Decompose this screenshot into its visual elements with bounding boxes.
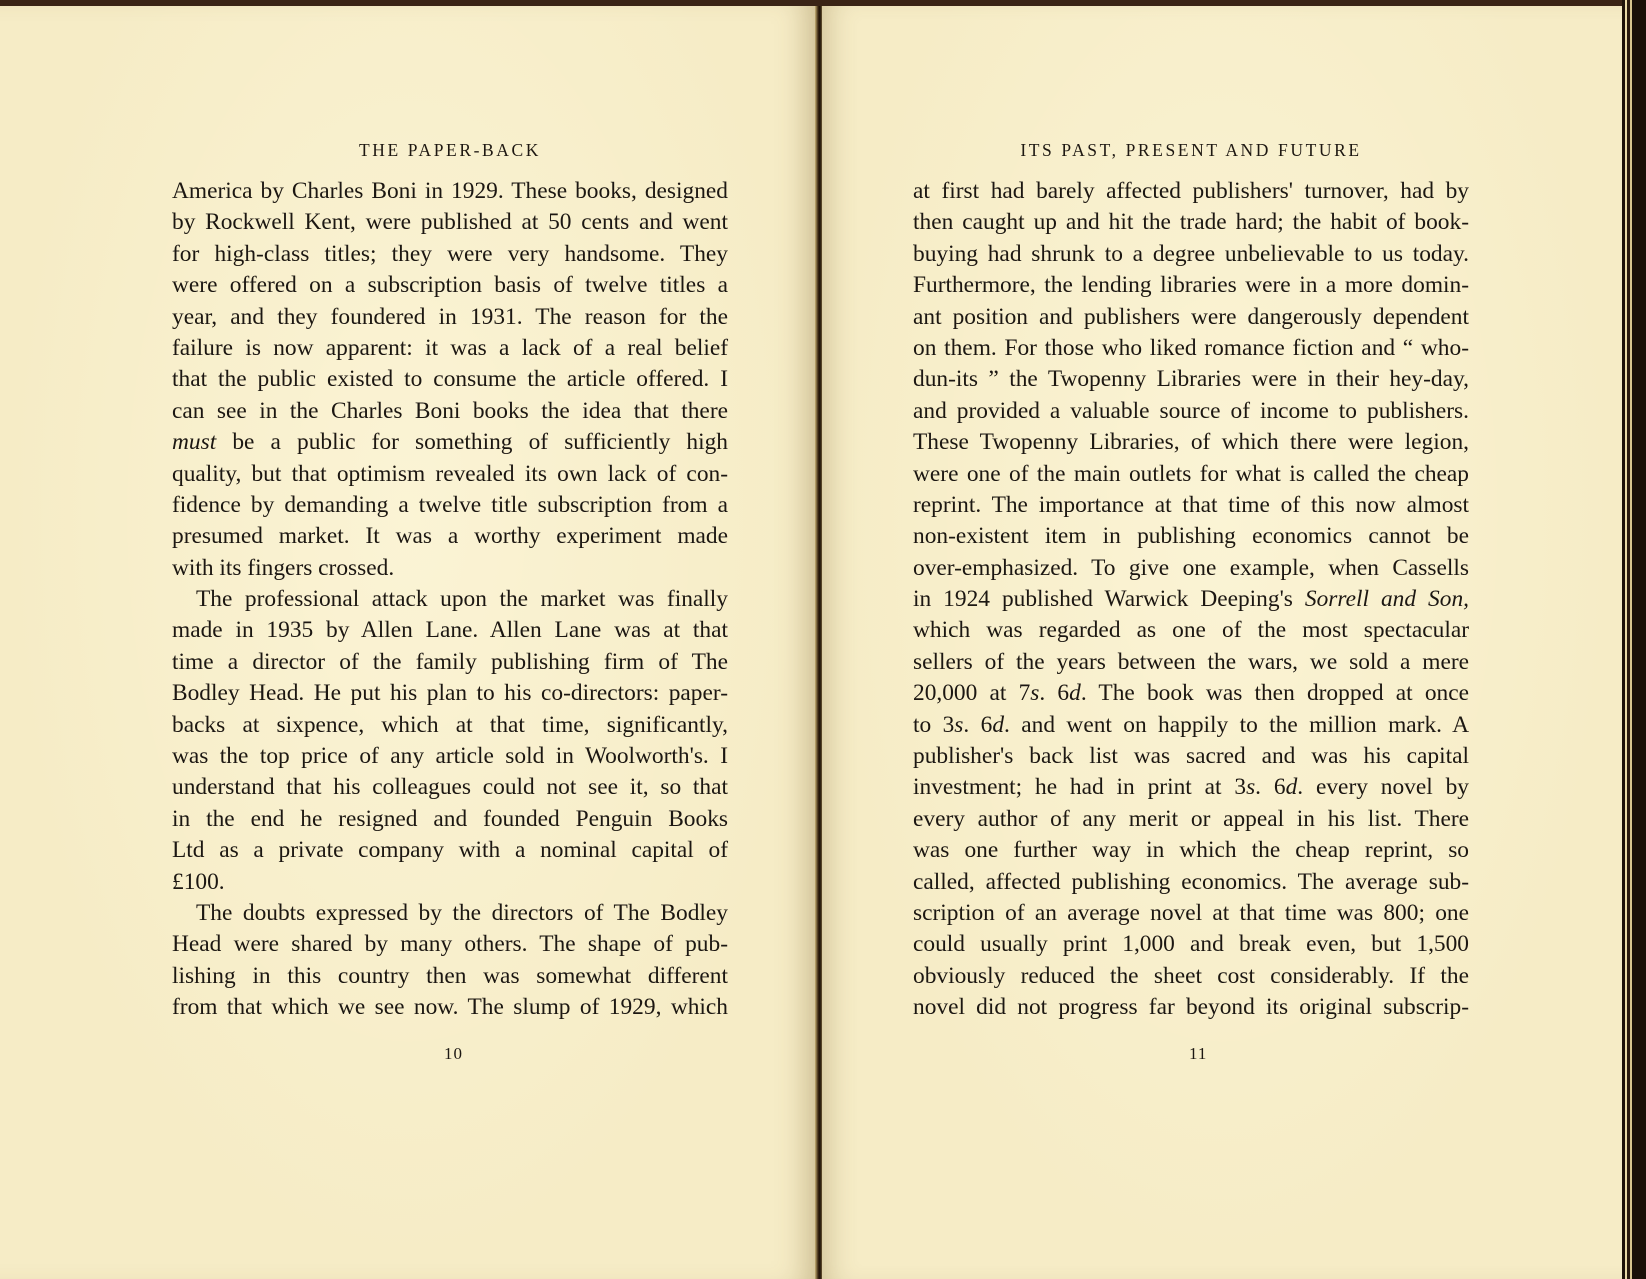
text-line: presumed market. It was a worthy experim…: [172, 521, 728, 552]
text-line: dun-its ” the Twopenny Libraries were in…: [913, 364, 1469, 395]
left-page-body: America by Charles Boni in 1929. These b…: [172, 176, 728, 1024]
page-number-right: 11: [1189, 1044, 1207, 1064]
text-line: called, affected publishing economics. T…: [913, 867, 1469, 898]
text-line: investment; he had in print at 3s. 6d. e…: [913, 772, 1469, 803]
text-line: The professional attack upon the market …: [172, 584, 728, 615]
text-line: that the public existed to consume the a…: [172, 364, 728, 395]
text-line: The doubts expressed by the directors of…: [172, 898, 728, 929]
text-line: 20,000 at 7s. 6d. The book was then drop…: [913, 678, 1469, 709]
right-page: ITS PAST, PRESENT AND FUTURE at first ha…: [822, 6, 1622, 1279]
running-head-right: ITS PAST, PRESENT AND FUTURE: [913, 140, 1469, 161]
text-line: These Twopenny Libraries, of which there…: [913, 427, 1469, 458]
text-line: backs at sixpence, which at that time, s…: [172, 710, 728, 741]
text-line: then caught up and hit the trade hard; t…: [913, 207, 1469, 238]
text-line: could usually print 1,000 and break even…: [913, 929, 1469, 960]
text-line: fidence by demanding a twelve title subs…: [172, 490, 728, 521]
text-line: buying had shrunk to a degree unbelievab…: [913, 239, 1469, 270]
running-head-left: THE PAPER-BACK: [172, 140, 728, 161]
text-line: reprint. The importance at that time of …: [913, 490, 1469, 521]
text-line: Head were shared by many others. The sha…: [172, 929, 728, 960]
text-line: novel did not progress far beyond its or…: [913, 992, 1469, 1023]
text-line: failure is now apparent: it was a lack o…: [172, 333, 728, 364]
text-line: which was regarded as one of the most sp…: [913, 615, 1469, 646]
text-line: on them. For those who liked romance fic…: [913, 333, 1469, 364]
text-line: non-existent item in publishing economic…: [913, 521, 1469, 552]
text-line: obviously reduced the sheet cost conside…: [913, 961, 1469, 992]
text-line: ant position and publishers were dangero…: [913, 302, 1469, 333]
text-line: in 1924 published Warwick Deeping's Sorr…: [913, 584, 1469, 615]
text-line: year, and they foundered in 1931. The re…: [172, 302, 728, 333]
text-line: understand that his colleagues could not…: [172, 772, 728, 803]
text-line: with its fingers crossed.: [172, 553, 728, 584]
text-line: sellers of the years between the wars, w…: [913, 647, 1469, 678]
text-line: lishing in this country then was somewha…: [172, 961, 728, 992]
book-spread: THE PAPER-BACK America by Charles Boni i…: [0, 0, 1646, 1279]
left-page: THE PAPER-BACK America by Charles Boni i…: [0, 6, 817, 1279]
book-cover-right-edge: [1622, 0, 1646, 1279]
text-line: at first had barely affected publishers'…: [913, 176, 1469, 207]
text-line: can see in the Charles Boni books the id…: [172, 396, 728, 427]
text-line: to 3s. 6d. and went on happily to the mi…: [913, 710, 1469, 741]
text-line: time a director of the family publishing…: [172, 647, 728, 678]
right-page-body: at first had barely affected publishers'…: [913, 176, 1469, 1024]
text-line: for high-class titles; they were very ha…: [172, 239, 728, 270]
text-line: Bodley Head. He put his plan to his co-d…: [172, 678, 728, 709]
text-line: by Rockwell Kent, were published at 50 c…: [172, 207, 728, 238]
text-line: Ltd as a private company with a nominal …: [172, 835, 728, 866]
text-line: £100.: [172, 867, 728, 898]
text-line: scription of an average novel at that ti…: [913, 898, 1469, 929]
text-line: America by Charles Boni in 1929. These b…: [172, 176, 728, 207]
text-line: was one further way in which the cheap r…: [913, 835, 1469, 866]
text-line: was the top price of any article sold in…: [172, 741, 728, 772]
text-line: made in 1935 by Allen Lane. Allen Lane w…: [172, 615, 728, 646]
text-line: quality, but that optimism revealed its …: [172, 459, 728, 490]
text-line: were one of the main outlets for what is…: [913, 459, 1469, 490]
text-line: every author of any merit or appeal in h…: [913, 804, 1469, 835]
text-line: must be a public for something of suffic…: [172, 427, 728, 458]
text-line: publisher's back list was sacred and was…: [913, 741, 1469, 772]
text-line: from that which we see now. The slump of…: [172, 992, 728, 1023]
text-line: were offered on a subscription basis of …: [172, 270, 728, 301]
text-line: in the end he resigned and founded Pengu…: [172, 804, 728, 835]
page-number-left: 10: [444, 1044, 463, 1064]
text-line: over-emphasized. To give one example, wh…: [913, 553, 1469, 584]
text-line: Furthermore, the lending libraries were …: [913, 270, 1469, 301]
text-line: and provided a valuable source of income…: [913, 396, 1469, 427]
